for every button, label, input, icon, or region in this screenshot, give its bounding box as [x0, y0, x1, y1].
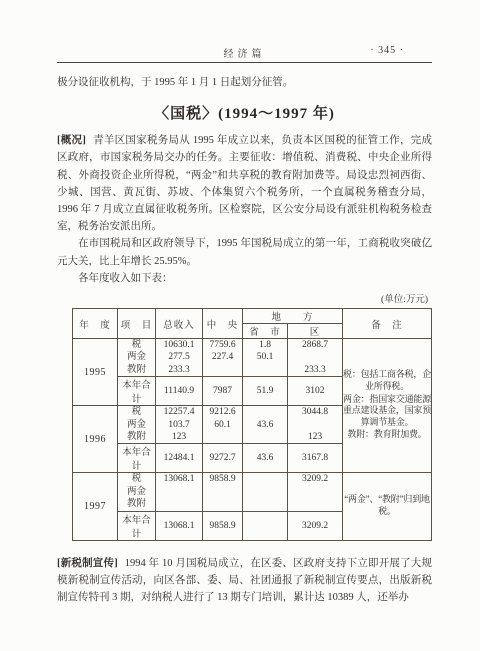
- revenue-table: 年 度 项 目 总收入 中 央 地 方 备 注 省 市 区 1995 税两金教附…: [72, 308, 432, 541]
- header-province-city: 省 市: [243, 324, 288, 339]
- province-city-cell: 43.6: [243, 406, 288, 444]
- subtotal-province-city: 43.6: [243, 444, 288, 473]
- page-number: · 345 ·: [370, 45, 404, 56]
- total-cell: 10630.1277.5233.3: [156, 339, 203, 377]
- item-cell: 税两金教附: [118, 473, 156, 511]
- year-cell: 1996: [73, 406, 118, 473]
- province-city-cell: [243, 473, 288, 511]
- district-cell: 2868.7233.3: [288, 339, 343, 377]
- overview-label: [概况]: [57, 135, 86, 146]
- total-cell: 12257.4103.7123: [156, 406, 203, 444]
- subtotal-district: 3102: [288, 377, 343, 406]
- item-cell: 税两金教附: [118, 339, 156, 377]
- central-cell: 9858.9: [203, 473, 243, 511]
- overview-text: 青羊区国家税务局从 1995 年成立以来，负责本区国税的征管工作，完成区政府，市…: [57, 135, 432, 232]
- subtotal-total: 11140.9: [156, 377, 203, 406]
- subtotal-total: 12484.1: [156, 444, 203, 473]
- table-row-1997: 1997 税两金教附 13068.1 9858.9 3209.2 “两金”、“教…: [73, 473, 432, 511]
- total-cell: 13068.1: [156, 473, 203, 511]
- subtotal-district: 3167.8: [288, 444, 343, 473]
- header-central: 中 央: [203, 309, 243, 339]
- header-district: 区: [288, 324, 343, 339]
- item-cell: 税两金教附: [118, 406, 156, 444]
- subtotal-province-city: [243, 511, 288, 540]
- table-header-row-1: 年 度 项 目 总收入 中 央 地 方 备 注: [73, 309, 432, 324]
- page-header: 经济篇 · 345 ·: [57, 47, 432, 63]
- subtotal-label: 本年合计: [118, 511, 156, 540]
- revenue-paragraph: 在市国税局和区政府领导下，1995 年国税局成立的第一年，工商税收突破亿元大关，…: [57, 235, 432, 269]
- remark-cell-1995-1996: 税：包括工商各税，企业所得税。 两金：指国家交通能源重点建设基金，国家预算调节基…: [343, 339, 432, 473]
- district-cell: 3044.8123: [288, 406, 343, 444]
- running-header-title: 经济篇: [224, 45, 266, 60]
- remark-cell-1997: “两金”、“教附”归到地税。: [343, 473, 432, 540]
- year-cell: 1997: [73, 473, 118, 540]
- header-year: 年 度: [73, 309, 118, 339]
- table-row-1995: 1995 税两金教附 10630.1277.5233.3 7759.6227.4…: [73, 339, 432, 377]
- year-cell: 1995: [73, 339, 118, 406]
- continuation-paragraph: 极分设征收机构，于 1995 年 1 月 1 日起划分征管。: [57, 74, 432, 91]
- province-city-cell: 1.850.1: [243, 339, 288, 377]
- subtotal-label: 本年合计: [118, 444, 156, 473]
- publicity-label: [新税制宣传]: [57, 558, 118, 569]
- district-cell: 3209.2: [288, 473, 343, 511]
- header-remark: 备 注: [343, 309, 432, 339]
- header-local: 地 方: [243, 309, 343, 324]
- subtotal-label: 本年合计: [118, 377, 156, 406]
- article-title: 〈国税〉(1994～1997 年): [57, 102, 432, 123]
- subtotal-province-city: 51.9: [243, 377, 288, 406]
- publicity-paragraph: [新税制宣传]1994 年 10 月国税局成立，在区委、区政府支持下立即开展了大…: [57, 555, 432, 607]
- central-cell: 9212.660.1: [203, 406, 243, 444]
- subtotal-central: 9272.7: [203, 444, 243, 473]
- scanned-book-page: 经济篇 · 345 · 极分设征收机构，于 1995 年 1 月 1 日起划分征…: [0, 0, 480, 651]
- subtotal-central: 9858.9: [203, 511, 243, 540]
- subtotal-total: 13068.1: [156, 511, 203, 540]
- central-cell: 7759.6227.4: [203, 339, 243, 377]
- unit-note: (单位:万元): [57, 291, 428, 305]
- subtotal-central: 7987: [203, 377, 243, 406]
- header-total: 总收入: [156, 309, 203, 339]
- table-intro-line: 各年度收入如下表：: [57, 270, 432, 287]
- subtotal-district: 3209.2: [288, 511, 343, 540]
- overview-paragraph: [概况]青羊区国家税务局从 1995 年成立以来，负责本区国税的征管工作，完成区…: [57, 132, 432, 235]
- header-item: 项 目: [118, 309, 156, 339]
